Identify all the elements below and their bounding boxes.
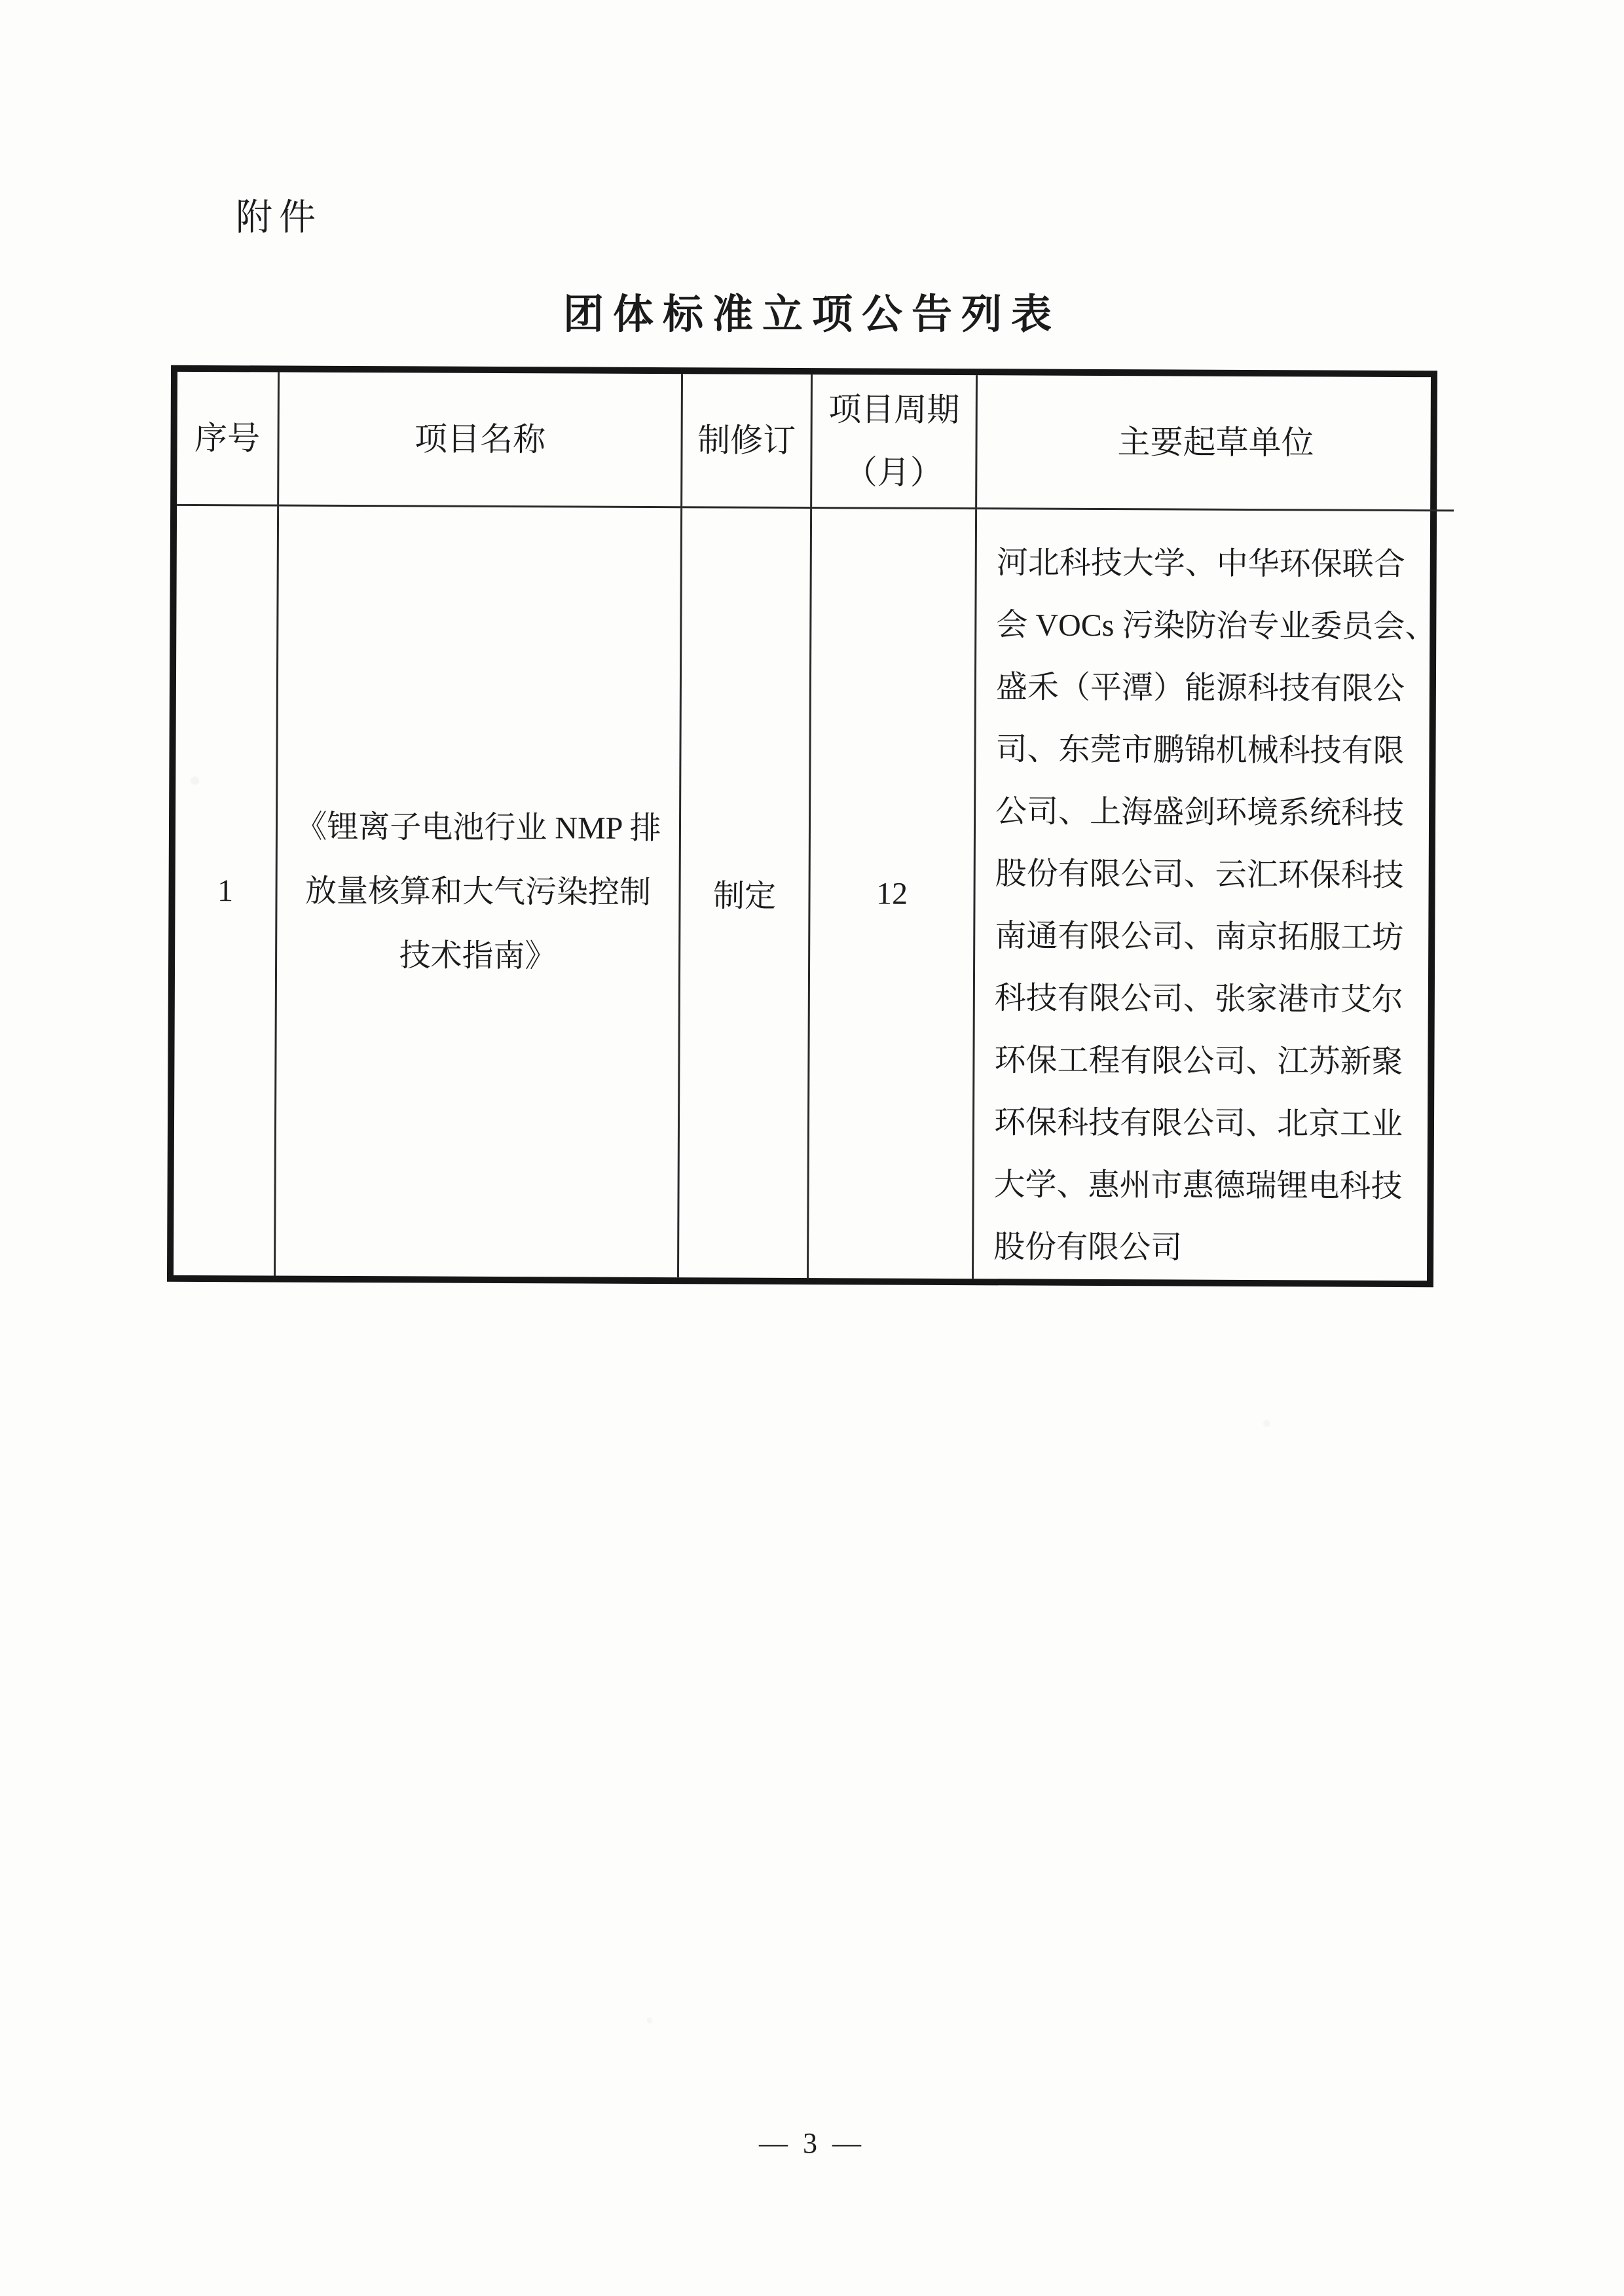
text-line: 科技有限公司、张家港市艾尔 [995,967,1435,1031]
row1-revision-type-cell: 制定 [679,508,812,1278]
col-header-drafting-units: 主要起草单位 [977,375,1454,511]
text-line: 《锂离子电池行业 NMP 排 [295,795,661,860]
attachment-label: 附件 [236,189,322,241]
text-line: 股份有限公司 [993,1216,1433,1280]
row1-project-name-cell: 《锂离子电池行业 NMP 排放量核算和大气污染控制技术指南》 [276,507,682,1278]
text-line: 股份有限公司、云汇环保科技 [995,843,1435,907]
row1-index-cell: 1 [174,506,279,1276]
project-period-header-line1: 项目周期 [828,378,959,441]
text-line: 公司、上海盛剑环境系统科技 [995,780,1435,845]
row1-period-months-cell: 12 [809,509,977,1279]
text-line: 河北科技大学、中华环保联合 [997,532,1437,596]
text-line: 放量核算和大气污染控制 [305,859,651,924]
text-line: 盛禾（平潭）能源科技有限公 [996,656,1436,720]
text-line: 大学、惠州市惠德瑞锂电科技 [993,1154,1433,1218]
project-period-header-stack: 项目周期 （月） [828,378,960,504]
col-header-project-name: 项目名称 [279,373,683,509]
col-header-revision-type: 制修订 [682,374,813,509]
text-line: 司、东莞市鹏锦机械科技有限 [995,718,1435,782]
standards-table: 序号 项目名称 制修订 项目周期 （月） 主要起草单位 1 《锂离子电池行业 N… [167,365,1437,1287]
page-number: — 3 — [0,2126,1624,2160]
scanned-document-page: { "page": { "attachment_label": "附件", "t… [0,0,1624,2296]
text-line: 会 VOCs 污染防治专业委员会、 [996,594,1436,658]
text-line: 环保科技有限公司、北京工业 [994,1091,1434,1156]
text-line: 南通有限公司、南京拓服工坊 [995,905,1435,969]
row1-drafting-units-cell: 河北科技大学、中华环保联合会 VOCs 污染防治专业委员会、盛禾（平潭）能源科技… [974,509,1454,1281]
col-header-index: 序号 [177,372,280,507]
project-period-header-line2: （月） [845,441,943,504]
text-line: 环保工程有限公司、江苏新聚 [994,1029,1434,1093]
col-header-project-period: 项目周期 （月） [812,374,978,509]
document-title: 团体标准立项公告列表 [0,282,1624,340]
text-line: 技术指南》 [399,924,556,989]
